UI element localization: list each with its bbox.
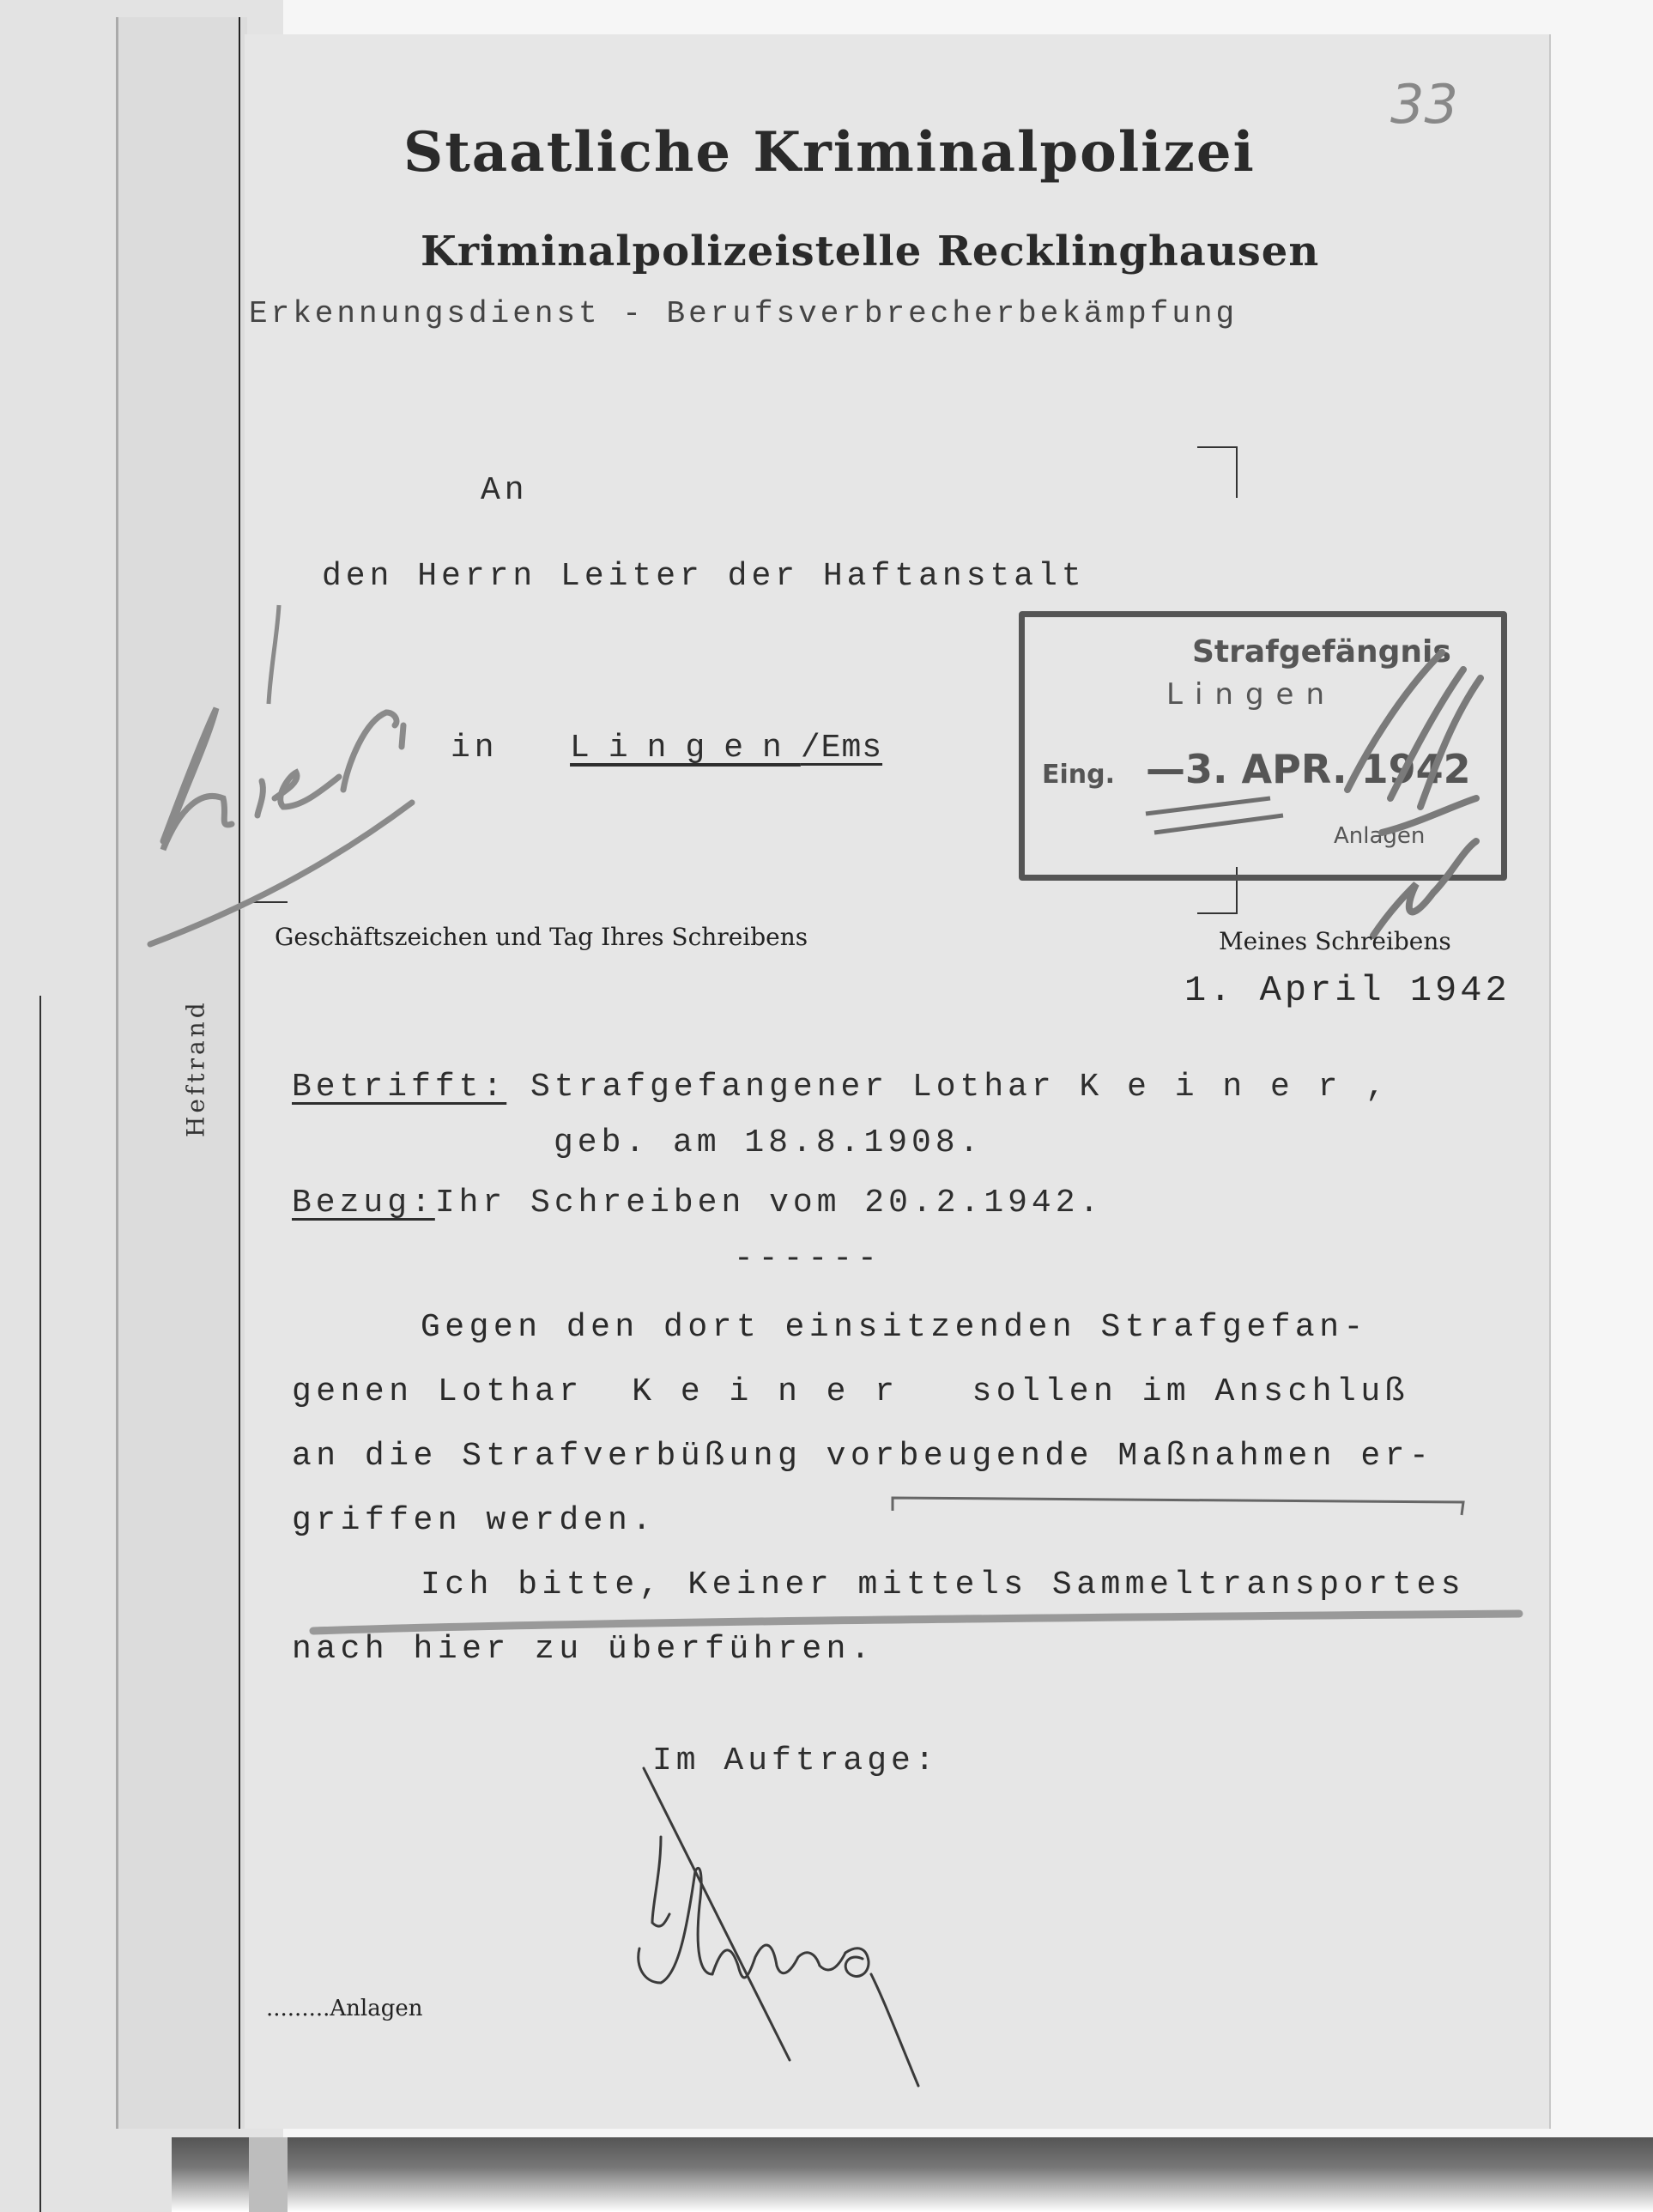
page-number: 33 bbox=[1390, 73, 1458, 136]
attachments-note: .........Anlagen bbox=[266, 1996, 423, 2021]
reference-label: Bezug: bbox=[292, 1185, 435, 1221]
corner-mark bbox=[245, 901, 288, 903]
stamp-received-prefix: Eing. bbox=[1042, 760, 1115, 790]
letterhead-title: Staatliche Kriminalpolizei bbox=[403, 120, 1256, 185]
margin-rule bbox=[239, 17, 240, 2129]
subject-label: Betrifft: bbox=[292, 1069, 506, 1106]
body-line: Gegen den dort einsitzenden Strafgefan- bbox=[421, 1309, 1368, 1346]
binder-clip bbox=[249, 2137, 288, 2212]
your-reference-label: Geschäftszeichen und Tag Ihres Schreiben… bbox=[275, 923, 808, 951]
stamp-city: Lingen bbox=[1166, 677, 1336, 712]
stamp-received: Eing. —3. APR. 1942 bbox=[1042, 746, 1471, 792]
separator: ------ bbox=[734, 1240, 882, 1277]
received-stamp: Strafgefängnis Lingen Eing. —3. APR. 194… bbox=[1019, 611, 1507, 881]
city-prefix: in bbox=[451, 730, 499, 767]
body-line: Ich bitte, Keiner mittels Sammeltranspor… bbox=[421, 1567, 1465, 1603]
salutation: An bbox=[481, 472, 529, 509]
body-line: nach hier zu überführen. bbox=[292, 1631, 875, 1668]
recipient-city: in Lingen/Ems bbox=[451, 730, 882, 767]
city-suffix: /Ems bbox=[801, 730, 882, 767]
stamp-institution: Strafgefängnis bbox=[1192, 634, 1451, 670]
my-reference-label: Meines Schreibens bbox=[1219, 927, 1451, 955]
subject-line: Betrifft: Strafgefangener Lothar K e i n… bbox=[292, 1069, 1390, 1106]
stamp-attachments-label: Anlagen bbox=[1334, 823, 1425, 849]
body-line: an die Strafverbüßung vorbeugende Maßnah… bbox=[292, 1438, 1433, 1475]
stamp-received-date: 3. APR. 1942 bbox=[1185, 746, 1471, 792]
reference-text: Ihr Schreiben vom 20.2.1942. bbox=[435, 1185, 1104, 1221]
subject-birthdate: geb. am 18.8.1908. bbox=[554, 1124, 983, 1161]
page-bottom-shadow bbox=[172, 2137, 1653, 2212]
letterhead-office: Kriminalpolizeistelle Recklinghausen bbox=[421, 227, 1319, 276]
corner-mark bbox=[1197, 446, 1238, 448]
addressee: den Herrn Leiter der Haftanstalt bbox=[322, 558, 1086, 595]
corner-mark bbox=[1197, 912, 1238, 914]
signature-label: Im Auftrage: bbox=[652, 1742, 939, 1779]
subject-text: Strafgefangener Lothar K e i n e r , bbox=[530, 1069, 1390, 1106]
corner-mark bbox=[1236, 446, 1238, 498]
folder-strip-label: Heftrand bbox=[179, 979, 213, 1159]
body-line: griffen werden. bbox=[292, 1502, 657, 1539]
city-name: Lingen bbox=[570, 730, 801, 767]
reference-line: Bezug:Ihr Schreiben vom 20.2.1942. bbox=[292, 1185, 1103, 1221]
letter-date: 1. April 1942 bbox=[1184, 970, 1511, 1011]
underlying-sheet-rule bbox=[39, 996, 41, 2212]
letterhead-department: Erkennungsdienst - Berufsverbrecherbekäm… bbox=[249, 296, 1238, 331]
body-line: genen Lothar K e i n e r sollen im Ansch… bbox=[292, 1373, 1409, 1410]
